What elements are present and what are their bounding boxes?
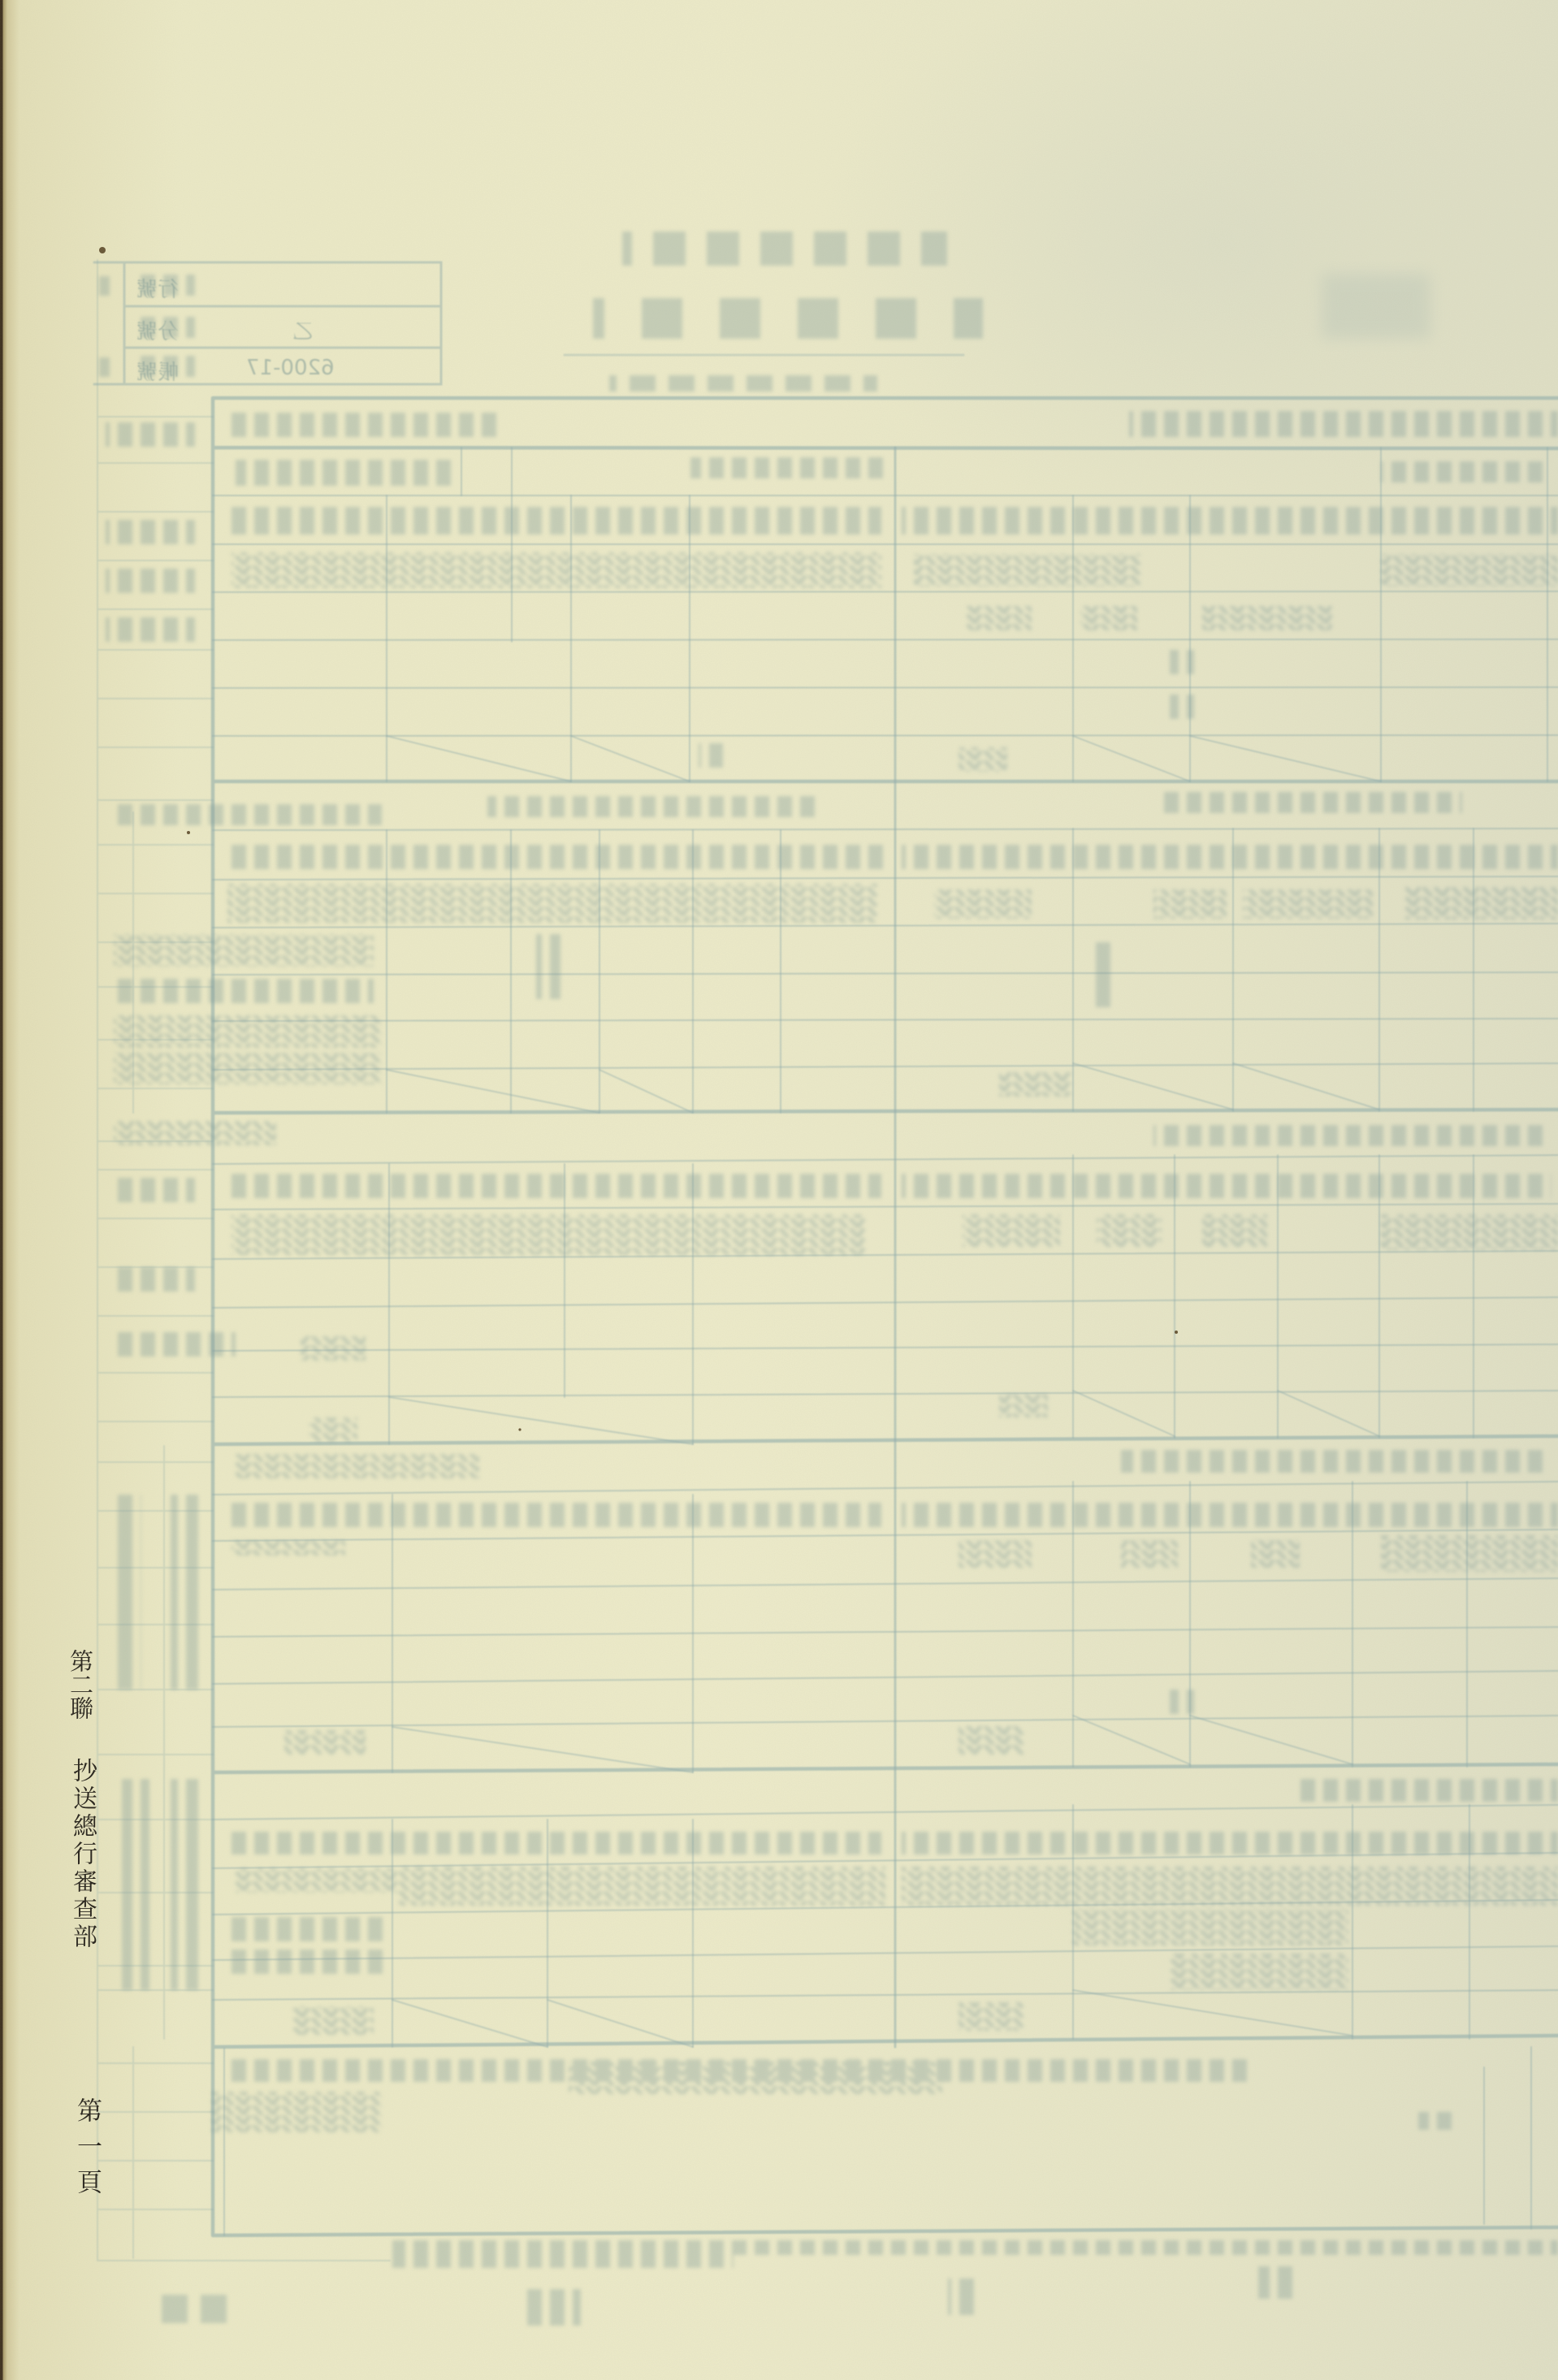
stamp-row-sub-branch: 分號 乙 — [130, 312, 439, 344]
stamp-label: 帳號 — [136, 356, 179, 386]
stamp-label: 行號 — [136, 273, 179, 303]
scanned-page: 行號 分號 乙 帳號 6200-17 第二聯 抄送總行審查部 第一頁 — [0, 0, 1558, 2380]
stamp-value: 乙 — [292, 315, 314, 345]
faint-seal-mark — [1322, 274, 1430, 339]
page-number-label: 第一頁 — [74, 2097, 99, 2205]
routing-label: 抄送總行審查部 — [70, 1758, 94, 1951]
stamp-label: 分號 — [136, 315, 179, 345]
copy-number-label: 第二聯 — [68, 1649, 92, 1720]
stamp-value: 6200-17 — [246, 356, 335, 380]
stamp-row-branch: 行號 — [130, 270, 439, 302]
stamp-row-account: 帳號 6200-17 — [130, 353, 439, 385]
